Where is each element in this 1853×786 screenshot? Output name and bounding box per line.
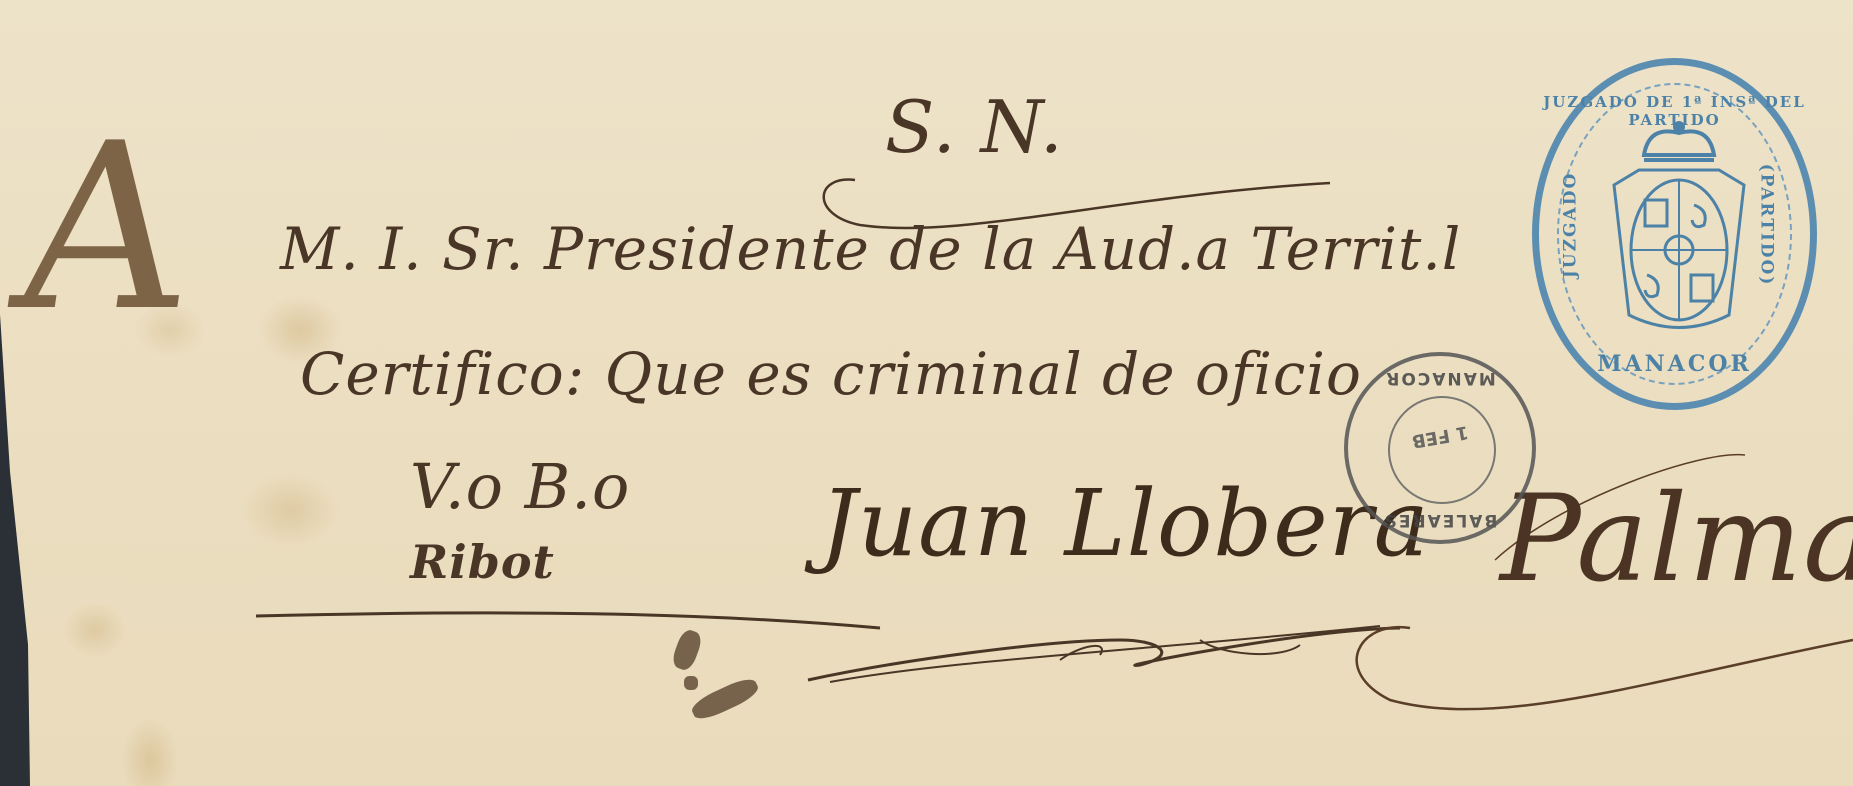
court-oval-cachet: JUZGADO DE 1ª INSª DEL PARTIDO JUZGADO (… bbox=[1532, 58, 1817, 410]
approver-signature: Ribot bbox=[410, 535, 555, 589]
datestamp-region: BALEARES bbox=[1348, 510, 1532, 530]
approval-mark: V.o B.o bbox=[410, 450, 630, 523]
address-line: M. I. Sr. Presidente de la Aud.a Territ.… bbox=[280, 215, 1461, 283]
circular-datestamp: MANACOR 1 FEB BALEARES bbox=[1344, 352, 1536, 544]
cachet-town-text: MANACOR bbox=[1539, 351, 1810, 377]
cachet-left-text: JUZGADO bbox=[1560, 172, 1580, 279]
datestamp-town: MANACOR bbox=[1348, 368, 1532, 388]
certification-line: Certifico: Que es criminal de oficio bbox=[300, 340, 1362, 408]
destination-city: Palma bbox=[1500, 470, 1853, 609]
service-mark: S. N. bbox=[885, 85, 1064, 169]
coat-of-arms-icon bbox=[1599, 115, 1759, 345]
ink-blot bbox=[684, 676, 698, 690]
official-signature: Juan Llobera bbox=[820, 470, 1430, 577]
cachet-right-text: (PARTIDO) bbox=[1757, 164, 1777, 287]
